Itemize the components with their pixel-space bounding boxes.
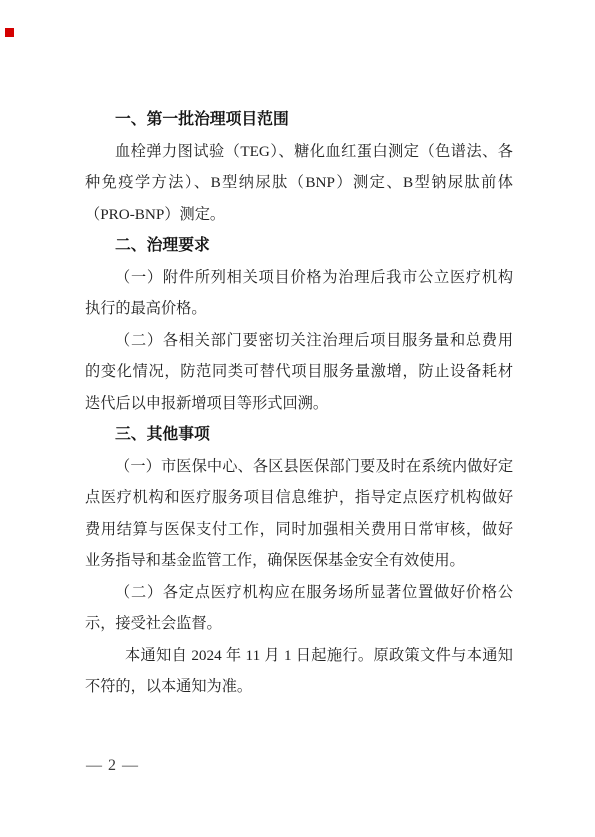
paragraph-line: 不符的，以本通知为准。 [85,671,513,703]
paragraph-line: 业务指导和基金监管工作，确保医保基金安全有效使用。 [85,545,513,577]
section-2-heading: 二、治理要求 [85,230,513,262]
section-heading: 三、其他事项 [85,419,513,451]
paragraph-line: 迭代后以申报新增项目等形式回溯。 [85,388,513,420]
paragraph-line: 的变化情况，防范同类可替代项目服务量激增，防止设备耗材 [85,356,513,388]
paragraph-line: 点医疗机构和医疗服务项目信息维护，指导定点医疗机构做好 [85,482,513,514]
paragraph-line: 执行的最高价格。 [85,293,513,325]
document-body: 一、第一批治理项目范围 血栓弹力图试验（TEG）、糖化血红蛋白测定（色谱法、各 … [85,104,513,703]
section-2-paragraph-1: （一）附件所列相关项目价格为治理后我市公立医疗机构 执行的最高价格。 [85,262,513,325]
section-1-heading: 一、第一批治理项目范围 [85,104,513,136]
section-3-paragraph-1: （一）市医保中心、各区县医保部门要及时在系统内做好定 点医疗机构和医疗服务项目信… [85,451,513,577]
red-annotation-mark [5,28,14,37]
section-3-paragraph-2: （二）各定点医疗机构应在服务场所显著位置做好价格公 示，接受社会监督。 [85,577,513,640]
paragraph-line: （一）市医保中心、各区县医保部门要及时在系统内做好定 [85,451,513,483]
paragraph-line: （PRO-BNP）测定。 [85,199,513,231]
paragraph-line: 血栓弹力图试验（TEG）、糖化血红蛋白测定（色谱法、各 [85,136,513,168]
paragraph-line: （二）各相关部门要密切关注治理后项目服务量和总费用 [85,325,513,357]
closing-paragraph: 本通知自 2024 年 11 月 1 日起施行。原政策文件与本通知 不符的，以本… [85,640,513,703]
paragraph-line: （二）各定点医疗机构应在服务场所显著位置做好价格公 [85,577,513,609]
section-heading: 二、治理要求 [85,230,513,262]
page-number: — 2 — [86,757,139,775]
section-3-heading: 三、其他事项 [85,419,513,451]
paragraph-line: 示，接受社会监督。 [85,608,513,640]
section-1-paragraph: 血栓弹力图试验（TEG）、糖化血红蛋白测定（色谱法、各 种免疫学方法）、B型纳尿… [85,136,513,231]
paragraph-line: 费用结算与医保支付工作，同时加强相关费用日常审核，做好 [85,514,513,546]
paragraph-line: （一）附件所列相关项目价格为治理后我市公立医疗机构 [85,262,513,294]
paragraph-line: 本通知自 2024 年 11 月 1 日起施行。原政策文件与本通知 [85,640,513,672]
section-2-paragraph-2: （二）各相关部门要密切关注治理后项目服务量和总费用 的变化情况，防范同类可替代项… [85,325,513,420]
section-heading: 一、第一批治理项目范围 [85,104,513,136]
paragraph-line: 种免疫学方法）、B型纳尿肽（BNP）测定、B型钠尿肽前体 [85,167,513,199]
